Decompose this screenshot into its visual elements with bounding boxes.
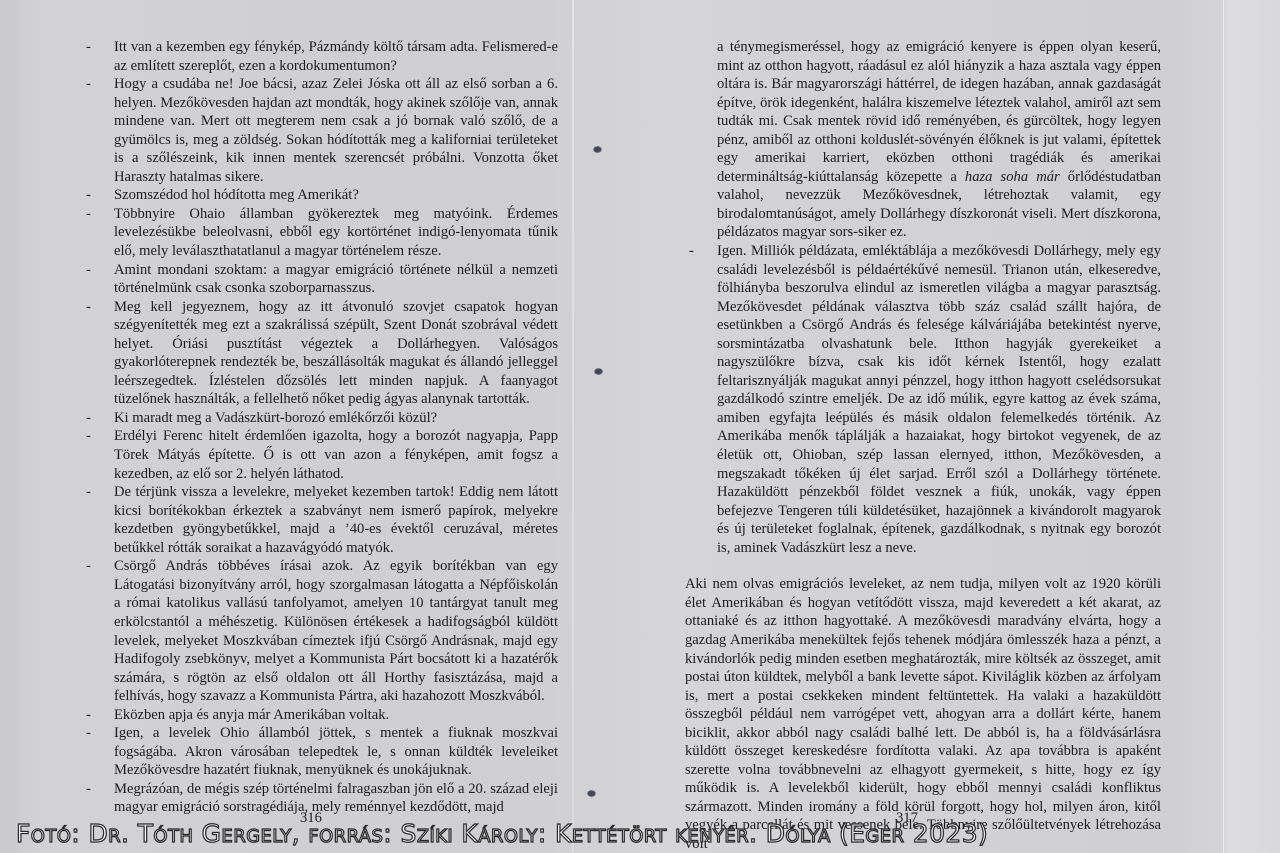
dialogue-item: -Itt van a kezemben egy fénykép, Pázmánd… xyxy=(82,38,558,75)
italic-text-run: haza soha már xyxy=(965,169,1060,185)
page-fold-gutter xyxy=(572,0,574,853)
dash-bullet: - xyxy=(86,427,91,446)
dash-bullet: - xyxy=(86,557,91,576)
item-text: Szomszédod hol hódította meg Amerikát? xyxy=(114,187,359,203)
item-text: Itt van a kezemben egy fénykép, Pázmándy… xyxy=(114,39,558,74)
item-text: Csörgő András többéves írásai azok. Az e… xyxy=(114,558,558,704)
dialogue-item: -Hogy a csudába ne! Joe bácsi, azaz Zele… xyxy=(82,75,558,186)
item-text: Hogy a csudába ne! Joe bácsi, azaz Zelei… xyxy=(114,76,558,185)
item-text: Eközben apja és anyja már Amerikában vol… xyxy=(114,707,389,723)
dialogue-item: -Igen. Milliók példázata, emléktáblája a… xyxy=(685,242,1161,557)
body-paragraph: Aki nem olvas emigrációs leveleket, az n… xyxy=(685,575,1161,853)
item-text: Megrázóan, de mégis szép történelmi falr… xyxy=(114,781,558,816)
photo-credit-caption: Fotó: Dr. Tóth Gergely, forrás: Szíki Ká… xyxy=(16,819,1280,848)
dialogue-item: -Csörgő András többéves írásai azok. Az … xyxy=(82,557,558,705)
punch-hole-mark xyxy=(593,146,602,153)
dash-bullet: - xyxy=(86,706,91,725)
text-run: a ténymegismeréssel, hogy az emigráció k… xyxy=(717,39,1161,185)
dash-bullet: - xyxy=(86,483,91,502)
dash-bullet: - xyxy=(86,409,91,428)
punch-hole-mark xyxy=(594,368,603,375)
dialogue-item: -Meg kell jegyeznem, hogy az itt átvonul… xyxy=(82,298,558,409)
item-text: Ki maradt meg a Vadászkürt-borozó emlékő… xyxy=(114,410,437,426)
item-text: Többnyire Ohaio államban gyökereztek meg… xyxy=(114,206,558,259)
dialogue-item: -Erdélyi Ferenc hitelt érdemlően igazolt… xyxy=(82,427,558,483)
left-page: -Itt van a kezemben egy fénykép, Pázmánd… xyxy=(82,38,558,817)
item-text: Meg kell jegyeznem, hogy az itt átvonuló… xyxy=(114,299,558,408)
dialogue-item: -Szomszédod hol hódította meg Amerikát? xyxy=(82,186,558,205)
dash-bullet: - xyxy=(86,38,91,57)
dash-bullet: - xyxy=(86,75,91,94)
dash-bullet: - xyxy=(86,205,91,224)
item-text: Igen. Milliók példázata, emléktáblája a … xyxy=(717,243,1161,556)
punch-hole-mark xyxy=(587,790,596,797)
dash-bullet: - xyxy=(689,242,694,261)
dialogue-item: -Amint mondani szoktam: a magyar emigrác… xyxy=(82,261,558,298)
dash-bullet: - xyxy=(86,724,91,743)
page-edge xyxy=(1223,0,1224,853)
dialogue-item: -Eközben apja és anyja már Amerikában vo… xyxy=(82,706,558,725)
dialogue-item: -Igen, a levelek Ohio államból jöttek, s… xyxy=(82,724,558,780)
dialogue-item: -De térjünk vissza a levelekre, melyeket… xyxy=(82,483,558,557)
dash-bullet: - xyxy=(86,780,91,799)
right-page: a ténymegismeréssel, hogy az emigráció k… xyxy=(685,38,1161,853)
dash-bullet: - xyxy=(86,186,91,205)
dash-bullet: - xyxy=(86,298,91,317)
item-text: Erdélyi Ferenc hitelt érdemlően igazolta… xyxy=(114,428,558,481)
book-spread-photo: -Itt van a kezemben egy fénykép, Pázmánd… xyxy=(0,0,1280,853)
dash-bullet: - xyxy=(86,261,91,280)
item-text: De térjünk vissza a levelekre, melyeket … xyxy=(114,484,558,556)
item-text: Igen, a levelek Ohio államból jöttek, s … xyxy=(114,725,558,778)
dialogue-item: -Többnyire Ohaio államban gyökereztek me… xyxy=(82,205,558,261)
dialogue-item: -Ki maradt meg a Vadászkürt-borozó emlék… xyxy=(82,409,558,428)
item-text: Amint mondani szoktam: a magyar emigráci… xyxy=(114,262,558,297)
continued-item-text: a ténymegismeréssel, hogy az emigráció k… xyxy=(685,38,1161,242)
